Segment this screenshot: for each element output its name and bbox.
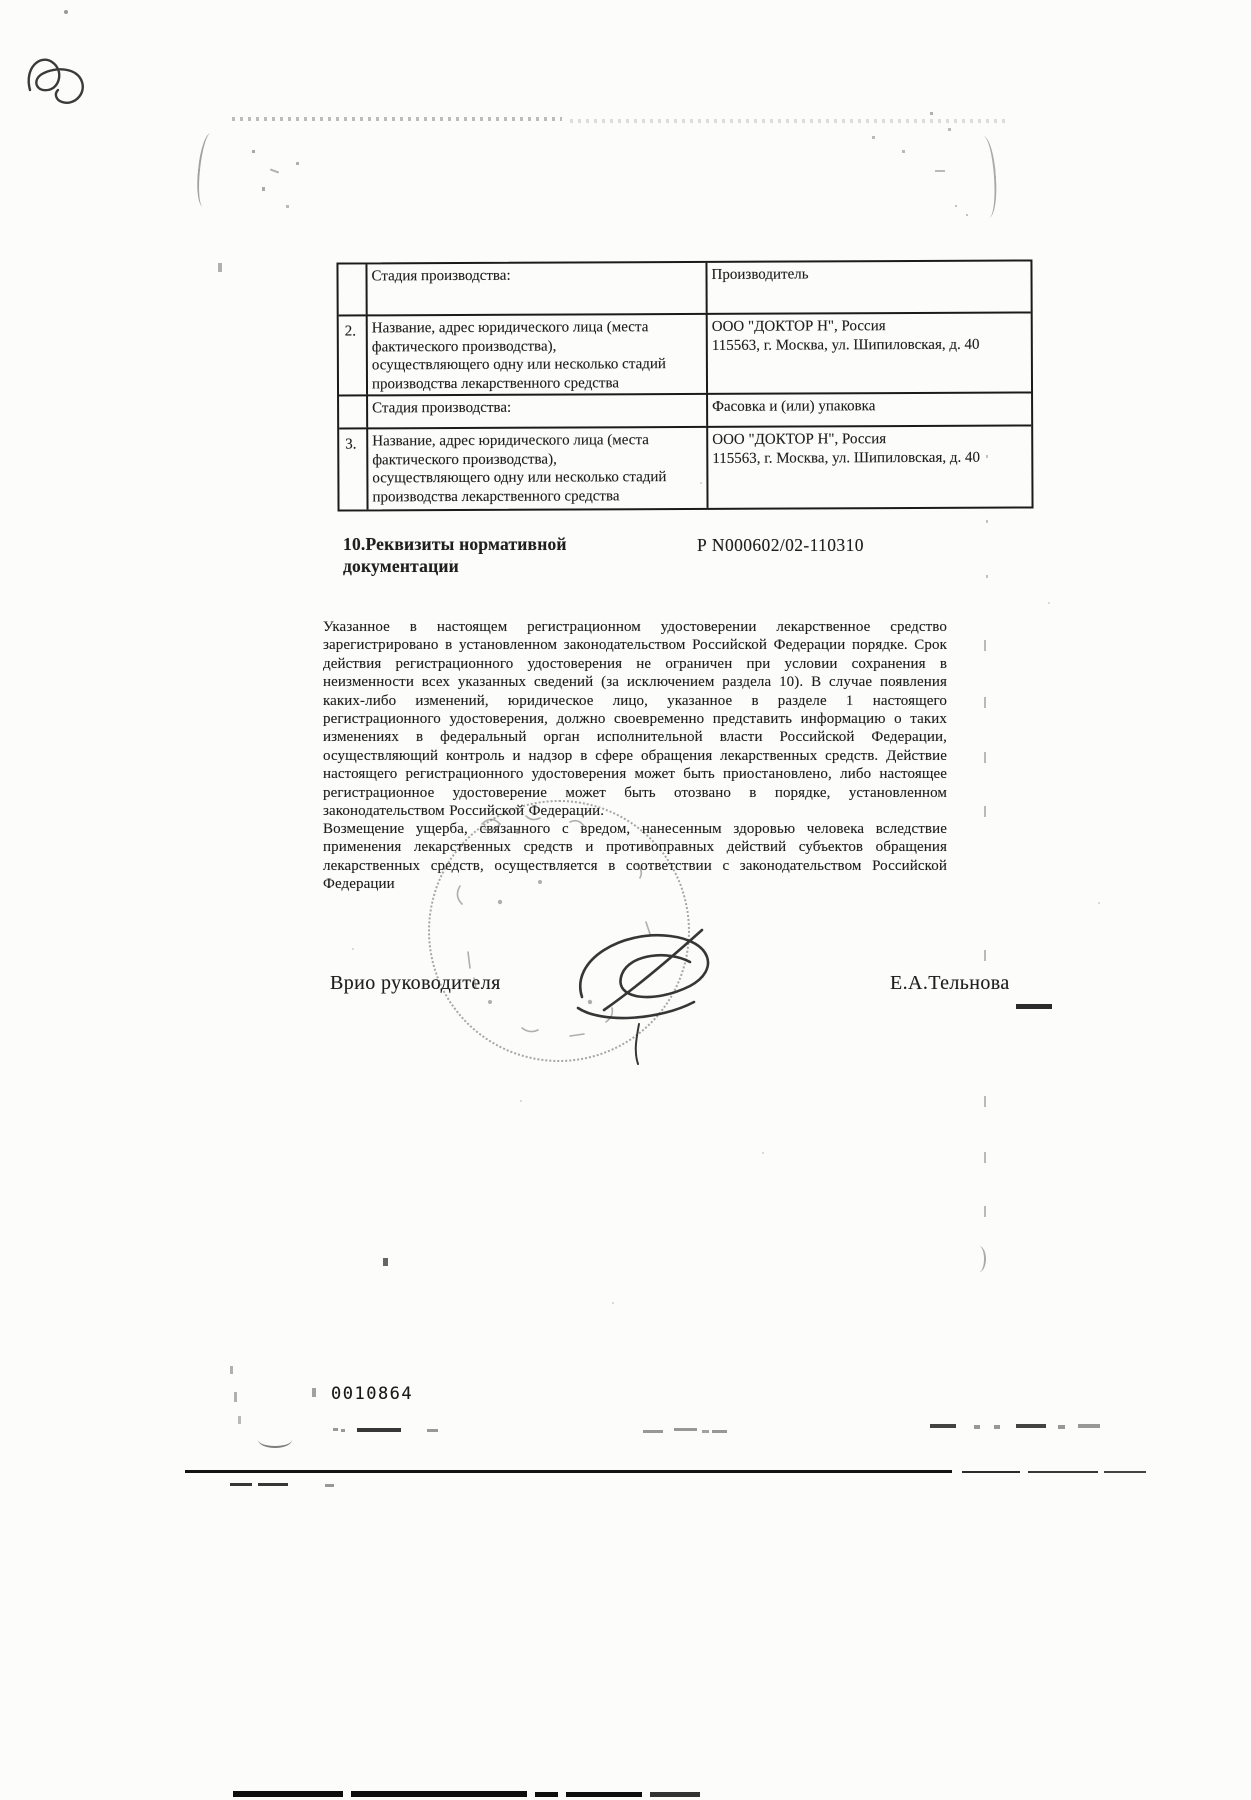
bottom-rule-segment: [1028, 1471, 1098, 1473]
scan-dash: [1078, 1424, 1100, 1428]
scan-speck: [700, 482, 702, 484]
producer-name-label: Название, адрес юридического лица (места…: [366, 313, 706, 394]
stage-label: Стадия производства:: [365, 263, 705, 314]
scan-speck: [520, 1100, 522, 1102]
scan-speck: [252, 150, 255, 153]
scan-smudge-line: [570, 119, 1010, 123]
scan-speck: [238, 1416, 241, 1424]
scan-speck: [1048, 602, 1050, 604]
scan-speck: [872, 136, 875, 139]
margin-dash: [984, 1152, 986, 1163]
margin-dash: [984, 640, 986, 651]
scan-dash: [643, 1430, 663, 1433]
scan-speck: [234, 1392, 237, 1402]
producer-name-value: ООО "ДОКТОР Н", Россия 115563, г. Москва…: [706, 424, 1031, 507]
margin-dash: [984, 950, 986, 961]
margin-dash: [984, 752, 986, 763]
scan-dash: [258, 1483, 288, 1486]
serial-number: 0010864: [331, 1384, 413, 1404]
scan-speck: [902, 150, 905, 153]
scan-speck: [352, 948, 354, 950]
margin-dash: [984, 697, 986, 708]
scan-arc-mark: [194, 132, 220, 207]
scan-dash: [1016, 1424, 1046, 1428]
scan-speck: [270, 169, 279, 174]
row-number: [338, 264, 365, 314]
stage-label: Стадия производства:: [366, 393, 706, 427]
bottom-edge-dash: [233, 1791, 343, 1797]
pen-scribble-icon: [20, 48, 110, 116]
scan-dash: [994, 1425, 1000, 1429]
bottom-edge-dash: [566, 1792, 642, 1797]
scan-smudge-line: [232, 117, 562, 121]
scan-dash: [974, 1425, 980, 1429]
scan-speck: [955, 205, 957, 207]
margin-dot: [986, 455, 988, 458]
scan-speck: [230, 1366, 233, 1374]
scan-dash: [702, 1430, 709, 1433]
row-number: [339, 394, 366, 427]
scan-dash: [333, 1428, 338, 1431]
producer-name-label: Название, адрес юридического лица (места…: [366, 426, 706, 509]
scan-dash: [1058, 1425, 1065, 1429]
scan-speck: [262, 187, 265, 191]
scan-dash: [357, 1428, 401, 1432]
signer-name: Е.А.Тельнова: [890, 972, 1010, 995]
row-number: 3.: [339, 427, 366, 509]
bottom-edge-dash: [351, 1791, 527, 1797]
scan-speck: [822, 700, 824, 702]
registration-number: Р N000602/02-110310: [697, 535, 864, 556]
section10-heading: 10.Реквизиты нормативной документации: [343, 533, 628, 577]
margin-dash: [984, 806, 986, 817]
scan-speck: [612, 1302, 614, 1304]
margin-bold-dash: [1016, 1004, 1052, 1009]
scan-speck: [898, 862, 900, 864]
margin-dash: [984, 1206, 986, 1217]
bottom-edge-dash: [535, 1792, 558, 1797]
scan-speck: [296, 162, 299, 165]
signature-scribble-icon: [542, 912, 742, 1067]
scan-dash: [930, 1424, 956, 1428]
margin-dot: [986, 520, 988, 523]
scan-dash: [712, 1430, 727, 1433]
scan-speck: [966, 214, 968, 216]
scan-speck: [930, 112, 933, 115]
producer-name-value: ООО "ДОКТОР Н", Россия 115563, г. Москва…: [706, 311, 1031, 392]
scan-speck: [450, 560, 452, 562]
scan-speck: [218, 263, 222, 272]
bottom-rule-segment: [1104, 1471, 1146, 1473]
scan-speck: [762, 1152, 764, 1154]
scan-arc-mark: [973, 135, 999, 218]
margin-dash: [984, 1096, 986, 1107]
bottom-rule: [185, 1470, 952, 1473]
scan-speck: [286, 205, 289, 208]
scan-speck: [948, 128, 951, 131]
scanned-certificate-page: Стадия производства: Производитель 2. На…: [0, 0, 1251, 1800]
stage-value: Фасовка и (или) упаковка: [706, 391, 1031, 425]
scan-dash: [325, 1484, 334, 1487]
margin-dot: [986, 575, 988, 578]
scan-speck: [312, 1388, 316, 1397]
scan-dash: [427, 1429, 438, 1432]
row-number: 2.: [339, 314, 366, 394]
bottom-edge-dash: [650, 1792, 700, 1797]
legal-paragraph-1: Указанное в настоящем регистрационном уд…: [323, 618, 947, 820]
production-stages-table: Стадия производства: Производитель 2. На…: [336, 259, 1033, 511]
bottom-rule-segment: [962, 1471, 1020, 1473]
scan-dash: [230, 1483, 252, 1486]
scan-speck: [64, 10, 68, 14]
scan-speck: [383, 1258, 388, 1266]
scan-speck: [1098, 902, 1100, 904]
scan-dash: [341, 1429, 345, 1432]
scan-arc-mark: [972, 1246, 986, 1272]
scan-curve-mark: [258, 1432, 292, 1448]
scan-dash: [674, 1428, 697, 1431]
scan-speck: [935, 170, 945, 172]
producer-header: Производитель: [705, 261, 1030, 312]
